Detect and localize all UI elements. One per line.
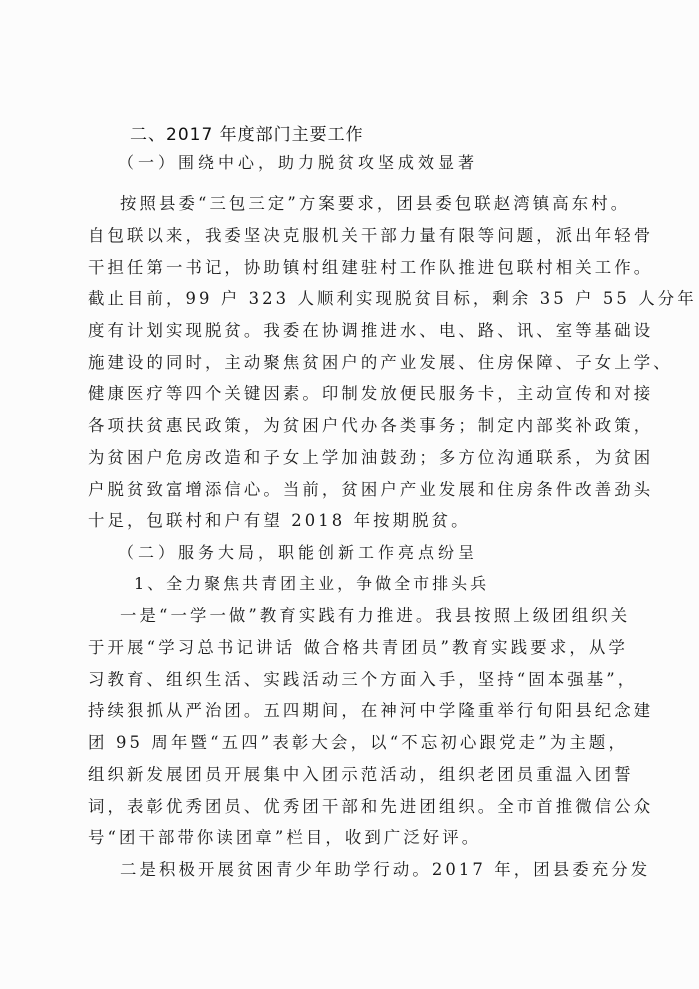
paragraph-line: 健康医疗等四个关键因素。印制发放便民服务卡，主动宣传和对接 [88, 383, 628, 405]
document-page: 二、2017 年度部门主要工作 （一）围绕中心，助力脱贫攻坚成效显著 按照县委“… [0, 0, 699, 989]
paragraph-line: 号“团干部带你读团章”栏目，收到广泛好评。 [88, 827, 628, 849]
subsection-2-title: （二）服务大局，职能创新工作亮点纷呈 [118, 542, 478, 564]
paragraph-line: 按照县委“三包三定”方案要求，团县委包联赵湾镇高东村。 [120, 193, 628, 215]
paragraph-line: 词，表彰优秀团员、优秀团干部和先进团组织。全市首推微信公众 [88, 796, 628, 818]
paragraph-line: 持续狠抓从严治团。五四期间，在神河中学隆重举行旬阳县纪念建 [88, 700, 628, 722]
paragraph-line: 为贫困户危房改造和子女上学加油鼓劲；多方位沟通联系，为贫困 [88, 447, 628, 469]
subsection-1-title: （一）围绕中心，助力脱贫攻坚成效显著 [118, 152, 478, 174]
section-heading: 二、2017 年度部门主要工作 [130, 124, 364, 146]
paragraph-line: 于开展“学习总书记讲话 做合格共青团员”教育实践要求，从学 [88, 637, 628, 659]
paragraph-line: 二是积极开展贫困青少年助学行动。2017 年，团县委充分发 [120, 859, 628, 881]
paragraph-line: 自包联以来，我委坚决克服机关干部力量有限等问题，派出年轻骨 [88, 225, 628, 247]
paragraph-line: 习教育、组织生活、实践活动三个方面入手，坚持“固本强基”， [88, 669, 628, 691]
paragraph-line: 团 95 周年暨“五四”表彰大会，以“不忘初心跟党走”为主题， [88, 732, 628, 754]
paragraph-line: 截止目前，99 户 323 人顺利实现脱贫目标，剩余 35 户 55 人分年 [88, 288, 628, 310]
paragraph-line: 一是“一学一做”教育实践有力推进。我县按照上级团组织关 [120, 605, 628, 627]
paragraph-line: 十足，包联村和户有望 2018 年按期脱贫。 [88, 510, 628, 532]
paragraph-line: 度有计划实现脱贫。我委在协调推进水、电、路、讯、室等基础设 [88, 320, 628, 342]
paragraph-line: 户脱贫致富增添信心。当前，贫困户产业发展和住房条件改善劲头 [88, 479, 628, 501]
item-1-title: 1、全力聚焦共青团主业，争做全市排头兵 [134, 573, 489, 595]
paragraph-line: 组织新发展团员开展集中入团示范活动，组织老团员重温入团誓 [88, 764, 628, 786]
paragraph-line: 各项扶贫惠民政策，为贫困户代办各类事务；制定内部奖补政策， [88, 415, 628, 437]
paragraph-line: 干担任第一书记，协助镇村组建驻村工作队推进包联村相关工作。 [88, 257, 628, 279]
paragraph-line: 施建设的同时，主动聚焦贫困户的产业发展、住房保障、子女上学、 [88, 352, 628, 374]
